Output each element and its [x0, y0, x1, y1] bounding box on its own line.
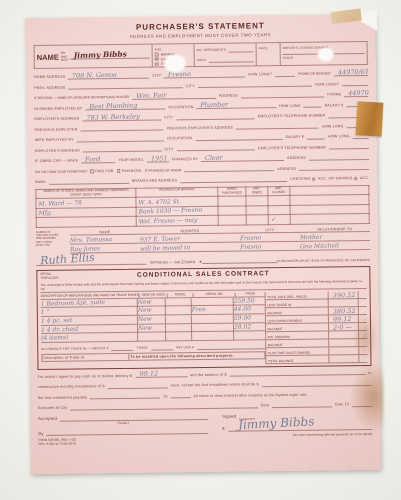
merch-col-model: MODEL: [167, 293, 193, 297]
credit-r3-check: ✓: [270, 216, 288, 224]
furniture-row: DO YOU OWN YOUR FURNITURE? PAID FOR FINA…: [35, 164, 369, 174]
by-row: By: [38, 428, 208, 436]
year-model-label: YEAR MODEL: [118, 158, 144, 163]
car-row: IF OWNS CAR — MAKE Ford YEAR MODEL 1951 …: [35, 154, 369, 164]
credit-col-owed: AMT. OWED: [246, 186, 268, 196]
financed-option: FINANCED: [117, 169, 142, 174]
terms-line-2: consecutive monthly installments of $ ea…: [38, 380, 372, 390]
if-financed-label: IF FINANCED BY WHOM: [145, 169, 181, 173]
signature-row: Ruth Ellis WITNESS — SALESMAN X PURCHASE…: [36, 256, 370, 266]
home-address-label: HOME ADDRESS: [34, 75, 65, 80]
totals-block: TOTAL SALE (DEL. PRICE)390.52 LESS TRADE…: [265, 291, 368, 364]
name-cell: NAME MR. MRS. MISS Jimmy Bibbs: [35, 45, 153, 68]
employer-phone-label2: EMPLOYER'S TELEPHONE NUMBER: [258, 145, 326, 150]
by-label: By: [38, 431, 43, 436]
salary-label: SALARY $: [325, 103, 344, 108]
financed-checkbox: [117, 169, 121, 173]
trade-desc-row: Description of Trade In: To be installed…: [41, 351, 265, 362]
credit-references-table: NAMES OF STORES, BANKS AND FINANCE COMPA…: [35, 185, 369, 228]
financed-by-handwriting: Clear: [205, 153, 223, 162]
conditional-sales-contract-section: RETAIL TRIPLICATE CONDITIONAL SALES CONT…: [36, 266, 371, 370]
financed-by-label: FINANCED BY: [172, 157, 198, 162]
stray-code-handwriting: 44970: [348, 88, 369, 97]
bank-label: BANK: [35, 180, 46, 185]
name-field: Jimmy Bibbs: [70, 53, 150, 60]
savings-checkbox: [354, 177, 358, 181]
paid-for-option: PAID FOR: [90, 169, 113, 174]
furniture-label: DO YOU OWN YOUR FURNITURE?: [35, 170, 87, 174]
ages-label: AGES: [197, 59, 206, 63]
tape-piece-right: [356, 101, 384, 136]
phone-short-label: PHONE: [327, 93, 341, 98]
name-prefixes: MR. MRS. MISS: [61, 52, 68, 62]
prev-address-row: PREV. ADDRESS CITY HOW LONG?: [34, 80, 368, 90]
occupation-label2: OCCUPATION: [167, 136, 192, 141]
city-label4: CITY: [164, 147, 173, 152]
address-label2: ADDRESS: [287, 156, 306, 161]
single-checkbox: ✓: [155, 57, 159, 61]
landlord-row: IF RENTING — NAME OF LANDLORD OR MORTGAG…: [34, 91, 368, 101]
credit-col-closed: AMT. CLOSED: [268, 186, 290, 196]
wife-employer-address-row: EMPLOYER'S ADDRESS CITY EMPLOYER'S TELEP…: [35, 143, 369, 153]
rel-r2-address: will be moved to: [140, 243, 240, 253]
relatives-section: NAMES OF TWO RELATIVES ONE MARRIED NOT L…: [36, 227, 370, 255]
occupation-handwriting: Plumber: [200, 101, 228, 110]
state-label: STATE: [283, 55, 293, 59]
scan-background: PURCHASER'S STATEMENT ADDRESS AND EMPLOY…: [0, 0, 401, 500]
city-label3: CITY: [164, 116, 173, 121]
trade-amount-label: ALLOWANCE FOR TRADE-IN — AMOUNT $: [41, 347, 108, 352]
car-make-handwriting: Ford: [85, 155, 101, 164]
relatives-label: NAMES OF TWO RELATIVES ONE MARRIED NOT L…: [36, 231, 70, 255]
prev-employer-label: PREVIOUS EMPLOYER: [35, 127, 78, 132]
husband-employer-handwriting: Best Plumbing: [89, 101, 137, 111]
contract-corner-label: RETAIL TRIPLICATE: [40, 273, 58, 281]
rel-r1-city: Fresno: [240, 233, 300, 242]
how-long-label: HOW LONG?: [248, 72, 272, 77]
husband-row: HUSBAND EMPLOYED BY Best Plumbing OCCUPA…: [34, 101, 368, 111]
scanned-form-paper: PURCHASER'S STATEMENT ADDRESS AND EMPLOY…: [25, 14, 381, 474]
city-label: CITY: [152, 74, 161, 79]
how-long-label2: HOW LONG?: [315, 82, 339, 87]
salary-label2: SALARY $: [285, 135, 304, 140]
home-address-row: HOME ADDRESS 708 N. Genoa CITY Fresno HO…: [34, 70, 368, 80]
how-long-label5: HOW LONG: [328, 134, 350, 139]
paid-for-checkbox: [90, 169, 94, 173]
rel-r2-relationship: Geo Mitchell: [300, 241, 370, 251]
signed-label: Signed: [222, 414, 236, 419]
husband-label: HUSBAND EMPLOYED BY: [34, 106, 82, 111]
name-label: NAME: [37, 52, 59, 62]
merch-row-5: (4 items): [41, 331, 265, 342]
employer-phone-label: EMPLOYER'S TELEPHONE NUMBER: [258, 114, 326, 119]
witness-signature-handwriting: Ruth Ellis: [40, 251, 95, 268]
rel-r1-name: Mrs. Tomassa: [70, 235, 140, 245]
how-long-label3: HOW LONG: [279, 104, 301, 109]
wife-row: WIFE EMPLOYED BY OCCUPATION SALARY $ HOW…: [35, 133, 369, 143]
race-label: RACE: [259, 46, 268, 50]
merch-col-serial: SERIAL NO.: [193, 293, 235, 297]
terms-line-4: Executed at City Date Date 19: [38, 401, 372, 411]
terms-line-3: the first installment payable 19 all not…: [38, 390, 372, 400]
stain-mid-right: [353, 314, 378, 360]
branch-label: BRANCH AND ADDRESS: [132, 179, 177, 184]
car-make-label: IF OWNS CAR — MAKE: [35, 159, 78, 164]
phone-handwriting: 44970/61: [338, 67, 369, 76]
signature-x-mark: X: [222, 427, 225, 432]
rel-r2-city: Fresno: [240, 242, 300, 251]
dependents-cell: NO. DEPENDENTS AGES: [195, 44, 257, 67]
bank-row: BANK BRANCH AND ADDRESS CHECKING ACC. OR…: [35, 175, 369, 185]
purchaser-signline-label: PURCHASER (MUST SIGN IN PRESENCE OF SALE…: [277, 259, 370, 264]
phone-label: PHONE OR NEAREST: [298, 73, 331, 77]
trade-desc-label: Description of Trade In:: [42, 354, 128, 362]
race-cell: RACE: [257, 43, 281, 65]
employer-address-handwriting: 783 W. Berkeley: [86, 112, 139, 122]
landlord-handwriting: Wm. Fair: [136, 91, 166, 100]
how-long-label4: HOW LONG: [322, 124, 344, 129]
prev-employer-addr-label: PREVIOUS EMPLOYER'S ADDRESS: [167, 125, 233, 130]
wife-label: WIFE EMPLOYED BY: [35, 138, 74, 143]
trade-label: TRADE: [137, 347, 148, 351]
fine-print-right: (No notes representing deferred payments…: [222, 433, 372, 439]
credit-col-when: WHEN PURCHASED: [218, 187, 246, 197]
employer-address-label: EMPLOYER'S ADDRESS: [34, 117, 79, 122]
accepted-label: Accepted: [38, 416, 57, 421]
employer-address-row: EMPLOYER'S ADDRESS 783 W. Berkeley CITY …: [34, 112, 368, 122]
merch-col-new-used: NEW OR USED: [139, 294, 167, 298]
credit-r3-address: Wel. Fresno — may: [138, 216, 216, 226]
address-label3: ADDRESS: [277, 167, 296, 172]
lien-label: ANY LIEN $: [176, 346, 194, 350]
credit-r3-name: [38, 217, 134, 220]
home-address-handwriting: 708 N. Genoa: [72, 70, 117, 79]
witness-label: WITNESS — SALESMAN: [150, 260, 195, 265]
name-handwriting: Jimmy Bibbs: [74, 49, 127, 60]
year-model-handwriting: 1951: [151, 154, 168, 163]
merch-col-price: PRICE: [235, 292, 265, 296]
merchandise-table: DESCRIPTION OF MERCHANDISE AND MAKE OR T…: [41, 291, 368, 367]
stain-bottom-right: [349, 362, 384, 432]
dependents-label: NO. DEPENDENTS: [197, 49, 227, 53]
rel-r1-relationship: Mother: [300, 232, 370, 242]
terms-line-1: For which I agree to pay cash on or befo…: [38, 369, 372, 379]
rel-col-relationship: RELATIONSHIP TO: [300, 227, 370, 232]
checking-checkbox: [312, 177, 316, 181]
prev-address-label: PREV. ADDRESS: [34, 85, 65, 90]
prev-employer-row: PREVIOUS EMPLOYER PREVIOUS EMPLOYER'S AD…: [35, 122, 369, 132]
rel-col-city: CITY: [240, 228, 300, 233]
checking-savings-label: CHECKING ACC. OR SAVINGS ACC.: [290, 176, 369, 181]
employer-address-label2: EMPLOYER'S ADDRESS: [35, 148, 80, 153]
landlord-label: IF RENTING — NAME OF LANDLORD OR MORTGAG…: [34, 96, 129, 101]
acceptance-section: Accepted (Seller) By FORM 528 MBL (REV. …: [38, 412, 372, 447]
install-label: To be installed upon the following descr…: [128, 352, 264, 360]
city-label2: CITY: [186, 84, 195, 89]
terms-section: For which I agree to pay cash on or befo…: [38, 369, 372, 411]
age-label: AGE: [155, 47, 162, 51]
fine-print-left: FORM 528 MBL (REV. 4-53) OFC. 8-530 41-7…: [38, 437, 208, 447]
check-mark: ✓: [155, 56, 159, 62]
purchaser-signature-handwriting: Jimmy Bibbs: [237, 414, 314, 433]
occupation-label: OCCUPATION: [168, 105, 193, 110]
rel-col-name: NAME: [70, 230, 140, 235]
address-label: ADDRESS: [219, 94, 238, 99]
cash-delivery-handwriting: 99.12: [139, 369, 158, 378]
